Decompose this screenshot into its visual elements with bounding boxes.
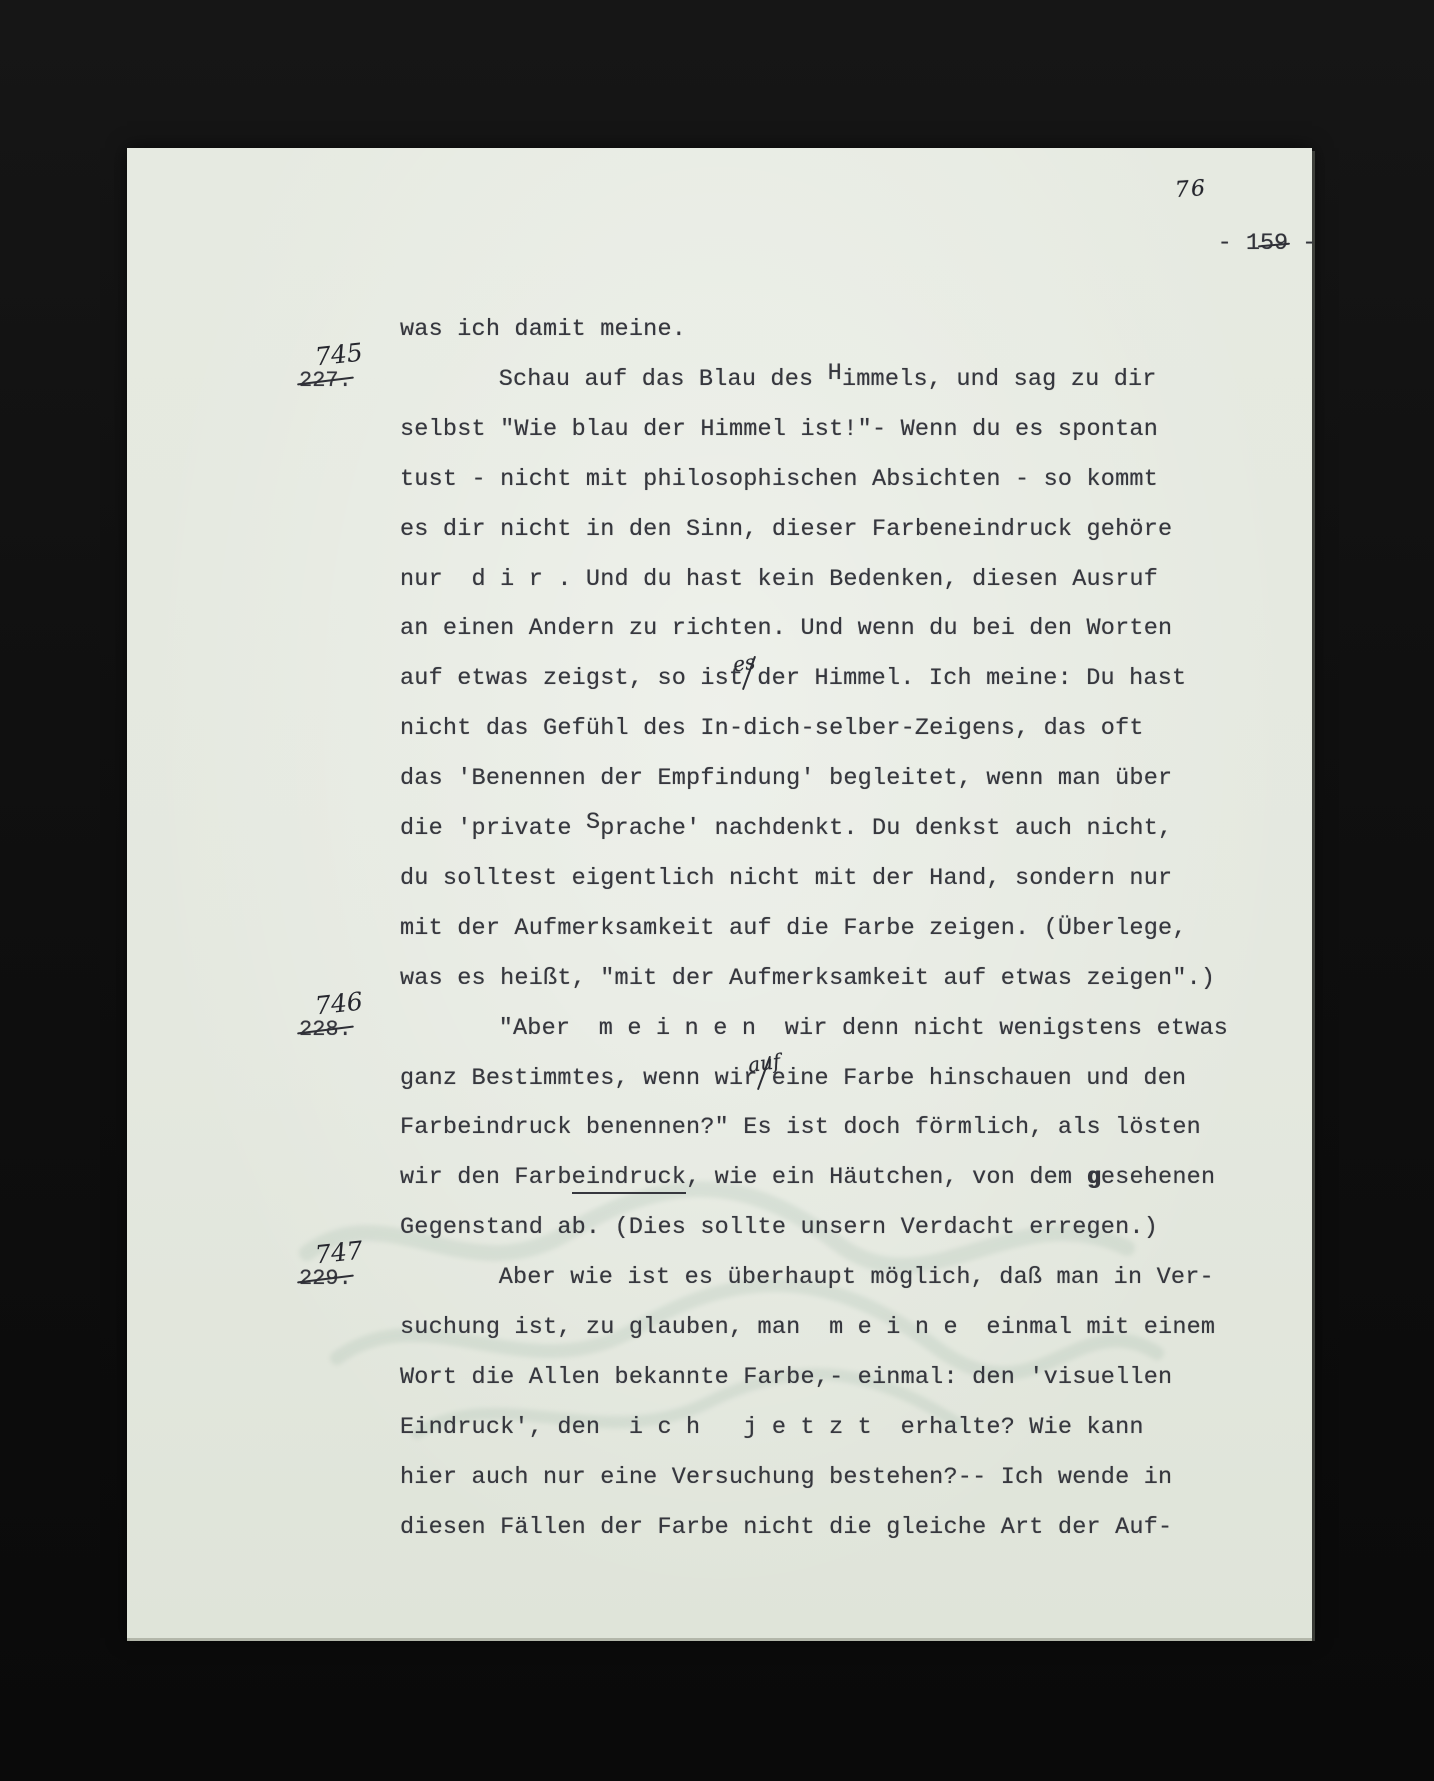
typed-text: an einen Andern zu richten. Und wenn du … xyxy=(400,615,1172,642)
page-number-block: 76- 159 - xyxy=(1133,203,1316,284)
page-number-handwritten: 76 xyxy=(1174,176,1208,203)
typed-text: auf etwas zeigst, so ist xyxy=(400,665,743,692)
typed-text: Wort die Allen bekannte Farbe,- einmal: … xyxy=(400,1364,1172,1391)
text-line: es dir nicht in den Sinn, dieser Farbene… xyxy=(400,518,1172,550)
page-number-typed-struck: 59 xyxy=(1260,230,1288,257)
text-line: an einen Andern zu richten. Und wenn du … xyxy=(400,617,1172,649)
insertion-word-handwritten: es xyxy=(732,652,757,675)
text-line: auf etwas zeigst, so istesder Himmel. Ic… xyxy=(400,667,1186,699)
typed-text: Eindruck', den i c h j e t z t erhalte? … xyxy=(400,1414,1144,1441)
text-line: suchung ist, zu glauben, man m e i n e e… xyxy=(400,1316,1215,1348)
margin-remark-handwritten: 746 xyxy=(314,988,364,1018)
text-line: du solltest eigentlich nicht mit der Han… xyxy=(400,867,1172,899)
text-line: nicht das Gefühl des In-dich-selber-Zeig… xyxy=(400,717,1144,749)
insertion-mark: auf xyxy=(758,1083,772,1084)
typed-text: das 'Benennen der Empfindung' begleitet,… xyxy=(400,765,1172,792)
margin-remark-typed: 229. xyxy=(299,1268,352,1290)
text-line: was es heißt, "mit der Aufmerksamkeit au… xyxy=(400,967,1215,999)
typed-text: immels, und sag zu dir xyxy=(842,366,1157,393)
insertion-word-handwritten: auf xyxy=(746,1050,781,1074)
text-line: ganz Bestimmtes, wenn wiraufeine Farbe h… xyxy=(400,1067,1186,1099)
text-line: die 'private Sprache' nachdenkt. Du denk… xyxy=(400,817,1172,849)
typed-text: Schau auf das Blau des xyxy=(499,366,828,393)
margin-remark-typed: 228. xyxy=(299,1019,352,1041)
page-number-typed-prefix: - 1 xyxy=(1218,230,1260,257)
typed-text: was ich damit meine. xyxy=(400,316,686,343)
typed-text: Aber wie ist es überhaupt möglich, daß m… xyxy=(499,1264,1214,1291)
text-line: mit der Aufmerksamkeit auf die Farbe zei… xyxy=(400,917,1187,949)
typed-text: , wie ein Häutchen, von dem xyxy=(686,1164,1086,1191)
text-line: Aber wie ist es überhaupt möglich, daß m… xyxy=(499,1266,1214,1298)
text-line: das 'Benennen der Empfindung' begleitet,… xyxy=(400,767,1172,799)
typed-text: die 'private xyxy=(400,815,586,842)
typed-text: nicht das Gefühl des In-dich-selber-Zeig… xyxy=(400,715,1144,742)
typed-text: der Himmel. Ich meine: Du hast xyxy=(757,665,1186,692)
typed-text: selbst "Wie blau der Himmel ist!"- Wenn … xyxy=(400,416,1158,443)
overstruck-letter: g xyxy=(1087,1164,1101,1191)
insertion-mark: es xyxy=(743,683,757,684)
text-line: Wort die Allen bekannte Farbe,- einmal: … xyxy=(400,1366,1172,1398)
typed-text: wir den Farb xyxy=(400,1164,572,1191)
typed-text: ganz Bestimmtes, wenn wir xyxy=(400,1065,758,1092)
text-line: Gegenstand ab. (Dies sollte unsern Verda… xyxy=(400,1216,1158,1248)
text-line: Farbeindruck benennen?" Es ist doch förm… xyxy=(400,1116,1201,1148)
typed-text: tust - nicht mit philosophischen Absicht… xyxy=(400,466,1158,493)
text-line: wir den Farbeindruck, wie ein Häutchen, … xyxy=(400,1166,1215,1198)
text-line: selbst "Wie blau der Himmel ist!"- Wenn … xyxy=(400,418,1158,450)
typed-text: Farbeindruck benennen?" Es ist doch förm… xyxy=(400,1114,1201,1141)
text-line: Eindruck', den i c h j e t z t erhalte? … xyxy=(400,1416,1144,1448)
typed-text: du solltest eigentlich nicht mit der Han… xyxy=(400,865,1172,892)
document-page: 76- 159 - was ich damit meine.Schau auf … xyxy=(127,148,1312,1638)
page-number-typed-suffix: - xyxy=(1288,230,1316,257)
text-line: Schau auf das Blau des Himmels, und sag … xyxy=(499,368,1157,400)
typed-text: nur d i r . Und du hast kein Bedenken, d… xyxy=(400,566,1158,593)
text-line: was ich damit meine. xyxy=(400,318,686,350)
raised-letter: S xyxy=(586,811,600,835)
typed-text: Gegenstand ab. (Dies sollte unsern Verda… xyxy=(400,1214,1158,1241)
text-line: nur d i r . Und du hast kein Bedenken, d… xyxy=(400,568,1158,600)
text-line: tust - nicht mit philosophischen Absicht… xyxy=(400,468,1158,500)
typed-text: was es heißt, "mit der Aufmerksamkeit au… xyxy=(400,965,1215,992)
scan-background: 76- 159 - was ich damit meine.Schau auf … xyxy=(0,0,1434,1781)
margin-remark-handwritten: 745 xyxy=(314,339,364,369)
typed-text: "Aber m e i n e n wir denn nicht wenigst… xyxy=(499,1015,1228,1042)
raised-letter: H xyxy=(828,362,842,386)
text-line: "Aber m e i n e n wir denn nicht wenigst… xyxy=(499,1017,1228,1049)
typed-text: eine Farbe hinschauen und den xyxy=(772,1065,1187,1092)
typed-text: esehenen xyxy=(1101,1164,1215,1191)
typed-text: diesen Fällen der Farbe nicht die gleich… xyxy=(400,1514,1172,1541)
typed-text: hier auch nur eine Versuchung bestehen?-… xyxy=(400,1464,1172,1491)
margin-remark-handwritten: 747 xyxy=(314,1238,364,1268)
typed-text: prache' nachdenkt. Du denkst auch nicht, xyxy=(600,815,1172,842)
text-line: diesen Fällen der Farbe nicht die gleich… xyxy=(400,1516,1172,1548)
text-line: hier auch nur eine Versuchung bestehen?-… xyxy=(400,1466,1172,1498)
margin-remark-typed: 227. xyxy=(299,370,352,392)
underlined-text: eindruck xyxy=(572,1164,686,1194)
typed-text: suchung ist, zu glauben, man m e i n e e… xyxy=(400,1314,1215,1341)
typed-text: es dir nicht in den Sinn, dieser Farbene… xyxy=(400,516,1172,543)
typed-text: mit der Aufmerksamkeit auf die Farbe zei… xyxy=(400,915,1187,942)
